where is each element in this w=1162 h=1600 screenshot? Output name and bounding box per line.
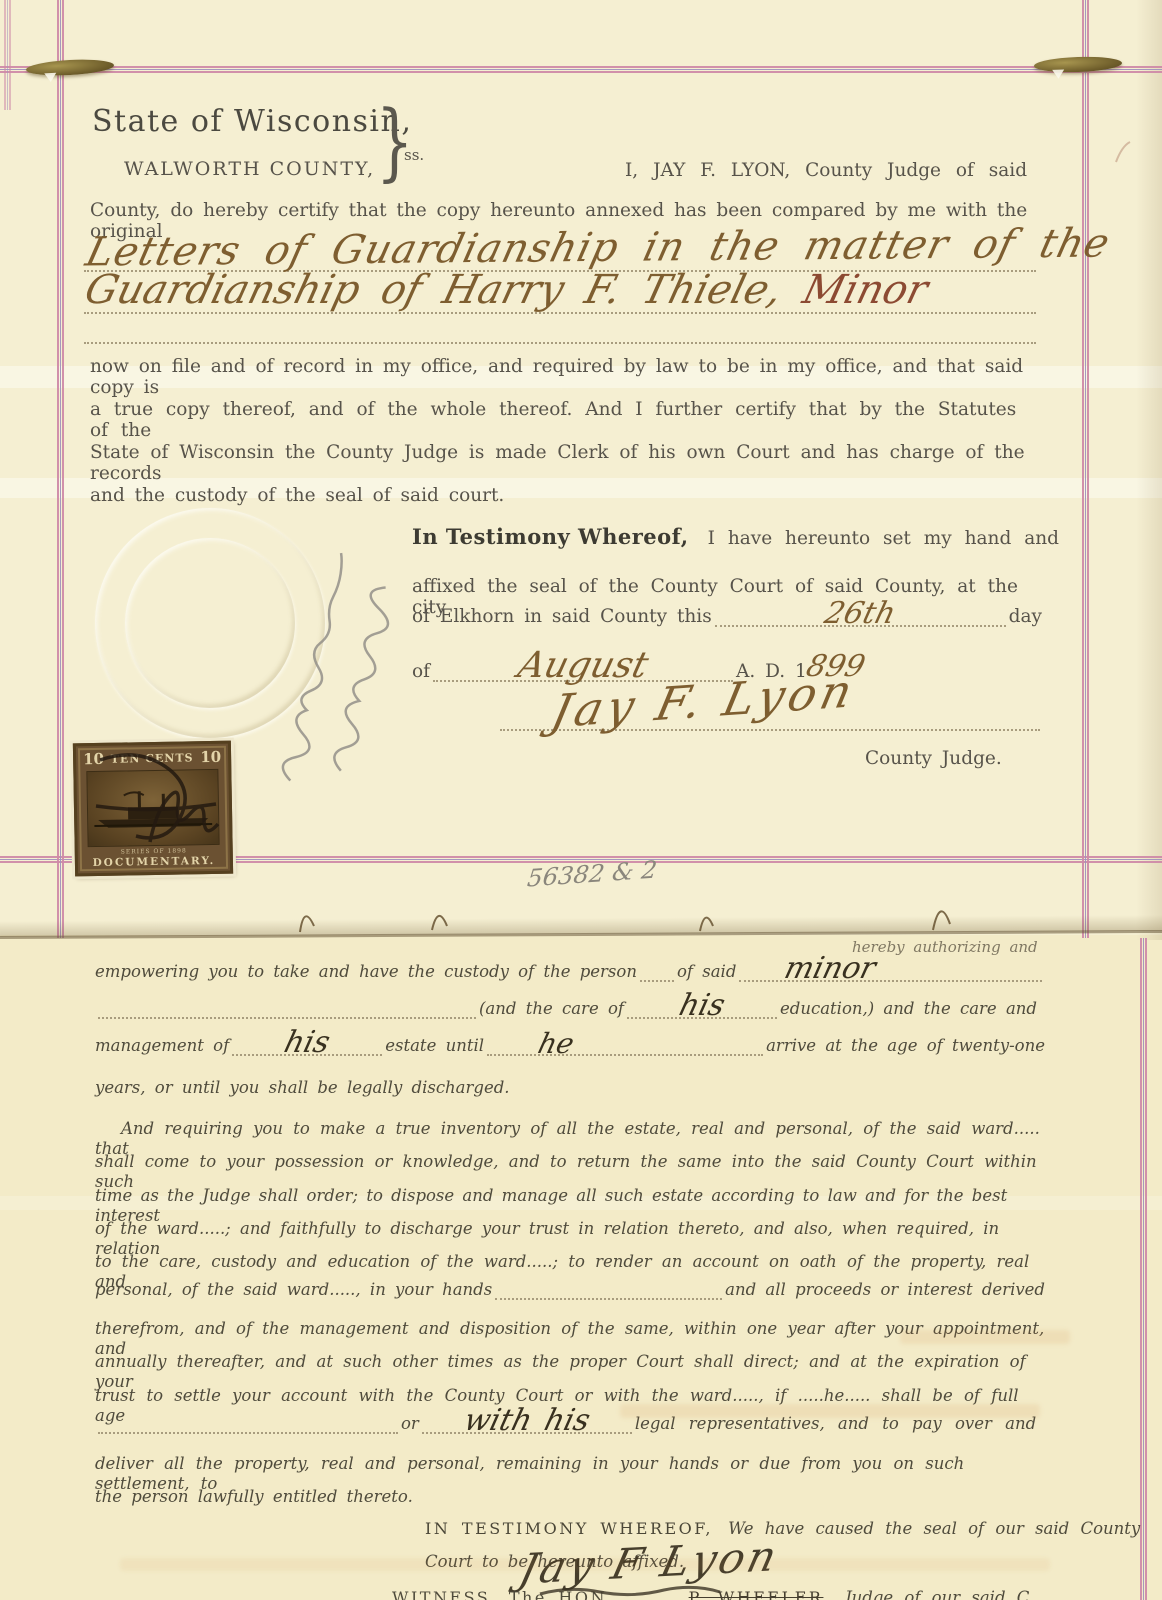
state-heading: State of Wisconsin, [92, 104, 412, 139]
letters-rowA-pre: empowering you to take and have the cust… [95, 962, 637, 982]
witness-post: , Judge of our said C [829, 1588, 1030, 1600]
testimony-heading: In Testimony Whereof, [412, 524, 689, 549]
county-heading: WALWORTH COUNTY, [124, 158, 375, 180]
ruling-vertical-far-left [4, 0, 11, 110]
testimony-after-heading: I have hereunto set my hand and [708, 528, 1059, 549]
witness-struck-name: P. WHEELER [689, 1588, 824, 1600]
handwritten-subject-line2: Guardianship of Harry F. Thiele, [81, 270, 786, 310]
document-page: State of Wisconsin, WALWORTH COUNTY, } s… [0, 0, 1162, 1600]
body-line: State of Wisconsin the County Judge is m… [90, 442, 1042, 485]
stamp-arc-text: TEN CENTS [111, 751, 194, 765]
hands-row-post: and all proceeds or interest derived [725, 1280, 1045, 1300]
witness-pre: WITNESS, The HON. [392, 1588, 614, 1600]
ruling-vertical-right [1082, 0, 1089, 938]
handwritten-minor: Minor [799, 270, 932, 310]
battleship-icon [94, 784, 213, 832]
handwritten-his-2: his [281, 1028, 333, 1058]
testimony-line4-pre: of [412, 661, 430, 682]
handwritten-subject-line1: Letters of Guardianship in the matter of… [82, 224, 1114, 273]
testimony-line3-post: day [1009, 606, 1042, 627]
stamp-denomination-right: 10 [200, 748, 221, 766]
stamp-battleship-vignette [86, 769, 219, 847]
letters-rowC-s1: management of [95, 1036, 229, 1056]
stamp-bottom-text: DOCUMENTARY. [78, 854, 230, 874]
letters-rowB-pre: (and the care of [479, 999, 624, 1019]
sheet-edge-shadow [1136, 0, 1162, 940]
bleed-through [900, 1330, 1070, 1344]
letters-rowC-s2: estate until [385, 1036, 484, 1056]
blank: he [487, 1054, 763, 1056]
blank: his [627, 1017, 777, 1019]
handwritten-minor-lower: minor [782, 954, 879, 984]
blank [98, 1432, 398, 1434]
letters-rowB-post: education,) and the care and [780, 999, 1037, 1019]
hands-row-pre: personal, of the said ward....., in your… [95, 1280, 492, 1300]
testimony-line3-pre: of Elkhorn in said County this [412, 606, 712, 627]
blank [98, 1017, 476, 1019]
handwritten-day: 26th [822, 599, 899, 629]
letters-rowC-s3: arrive at the age of twenty-one [766, 1036, 1045, 1056]
ruling-vertical-right-lower [1140, 938, 1147, 1600]
fold-cut-fragment: hereby authorizing and [852, 938, 1038, 956]
ruling-horizontal-top [0, 66, 1162, 73]
body-line: and the custody of the seal of said cour… [90, 485, 504, 506]
pen-tick-icon [1116, 142, 1130, 162]
blank: his [232, 1054, 382, 1056]
closing-in-testimony: IN TESTIMONY WHEREOF, [425, 1519, 713, 1538]
letters-rowD: years, or until you shall be legally dis… [95, 1078, 510, 1098]
handwritten-with-his: with his [461, 1406, 593, 1436]
pencil-docket-number: 56382 & 2 [526, 858, 658, 891]
ss-label: ss. [404, 146, 424, 164]
letters-rowA-mid: of said [677, 962, 736, 982]
revenue-stamp: 10 TEN CENTS 10 SERIES OF 1898 DOCUMENTA… [73, 741, 233, 877]
blank [495, 1298, 722, 1300]
closing-line1-rest: We have caused the seal of our said Coun… [728, 1519, 1140, 1538]
blank [640, 980, 674, 982]
judge-title: County Judge. [865, 748, 1002, 769]
bleed-through [620, 1404, 1040, 1418]
bleed-through [120, 1558, 1050, 1571]
ruling-vertical-left [57, 0, 64, 938]
or-label: or [401, 1414, 419, 1434]
judge-intro-line: I, JAY F. LYON, County Judge of said [625, 160, 1045, 181]
body-line: now on file and of record in my office, … [90, 356, 1042, 399]
stamp-denomination-left: 10 [83, 750, 104, 768]
embossed-seal-inner [125, 538, 295, 708]
handwritten-his-1: his [676, 991, 728, 1021]
handwritten-he: he [535, 1030, 577, 1058]
dotted-rule [84, 340, 1036, 344]
day-blank: 26th [715, 625, 1006, 627]
brace-glyph: } [376, 92, 413, 190]
para-line: the person lawfully entitled thereto. [95, 1487, 413, 1507]
blank: with his [422, 1432, 632, 1434]
brass-fastener-left [26, 58, 115, 78]
blank: minor [739, 980, 1042, 982]
body-line: a true copy thereof, and of the whole th… [90, 399, 1042, 442]
